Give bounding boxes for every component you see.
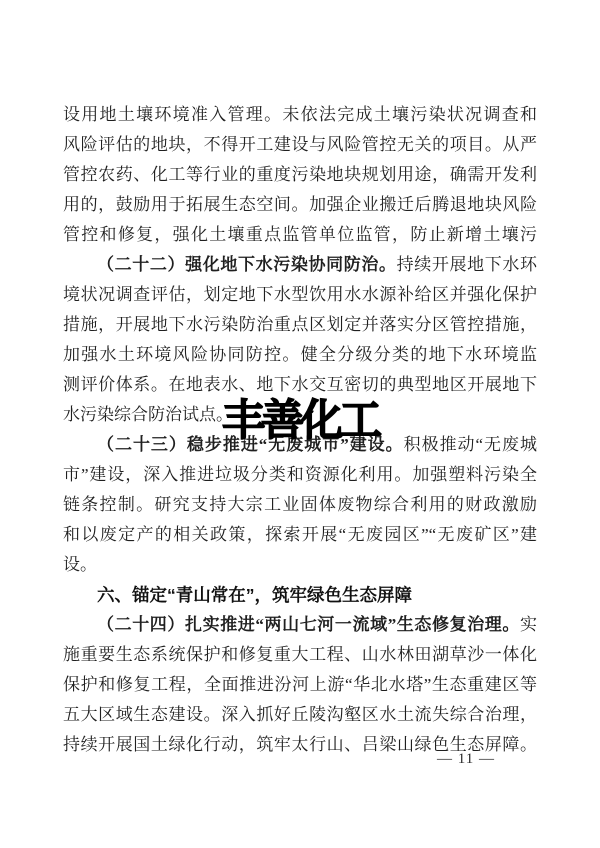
line-text: 和以废定产的相关政策，探索开展“无废园区”“无废矿区”建 xyxy=(63,525,537,544)
line-text: 风险评估的地块，不得开工建设与风险管控无关的项目。从严 xyxy=(63,135,537,154)
text-line: 和以废定产的相关政策，探索开展“无废园区”“无废矿区”建 xyxy=(63,520,537,550)
line-text: 境状况调查评估，划定地下水型饮用水水源补给区并强化保护 xyxy=(63,285,537,304)
line-text: 积极推动“无废城 xyxy=(404,435,537,454)
paragraph-end-line: 设。 xyxy=(63,550,537,580)
text-line: 管控和修复，强化土壤重点监管单位监管，防止新增土壤污染。 xyxy=(63,220,537,250)
text-line: 保护和修复工程，全面推进汾河上游“华北水塔”生态重建区等 xyxy=(63,670,537,700)
line-text: 市”建设，深入推进垃圾分类和资源化利用。加强塑料污染全 xyxy=(63,465,537,484)
text-line: 施重要生态系统保护和修复重大工程、山水林田湖草沙一体化 xyxy=(63,640,537,670)
text-line: 用的，鼓励用于拓展生态空间。加强企业搬迁后腾退地块风险 xyxy=(63,190,537,220)
text-line: 测评价体系。在地表水、地下水交互密切的典型地区开展地下 xyxy=(63,370,537,400)
line-text: 链条控制。研究支持大宗工业固体废物综合利用的财政激励 xyxy=(63,495,537,514)
line-text: 保护和修复工程，全面推进汾河上游“华北水塔”生态重建区等 xyxy=(63,675,537,694)
text-line: 风险评估的地块，不得开工建设与风险管控无关的项目。从严 xyxy=(63,130,537,160)
watermark-logo: 丰善化工 xyxy=(222,398,378,444)
paragraph-lead: （二十二）强化地下水污染协同防治。 xyxy=(97,255,397,274)
text-line: 五大区域生态建设。深入抓好丘陵沟壑区水土流失综合治理， xyxy=(63,700,537,730)
line-text: 管控和修复，强化土壤重点监管单位监管，防止新增土壤污染。 xyxy=(63,225,537,250)
document-page: 设用地土壤环境准入管理。未依法完成土壤污染状况调查和 风险评估的地块，不得开工建… xyxy=(0,0,600,848)
text-line: 加强水土环境风险协同防控。健全分级分类的地下水环境监 xyxy=(63,340,537,370)
line-text: 措施，开展地下水污染防治重点区划定并落实分区管控措施， xyxy=(63,315,537,334)
line-text: 设。 xyxy=(63,555,97,574)
text-line: 措施，开展地下水污染防治重点区划定并落实分区管控措施， xyxy=(63,310,537,340)
line-text: 管控农药、化工等行业的重度污染地块规划用途，确需开发利 xyxy=(63,165,537,184)
text-line: 市”建设，深入推进垃圾分类和资源化利用。加强塑料污染全 xyxy=(63,460,537,490)
line-text: 加强水土环境风险协同防控。健全分级分类的地下水环境监 xyxy=(63,345,537,364)
paragraph-start-line: （二十二）强化地下水污染协同防治。持续开展地下水环 xyxy=(63,250,537,280)
text-line: 境状况调查评估，划定地下水型饮用水水源补给区并强化保护 xyxy=(63,280,537,310)
text-line: 管控农药、化工等行业的重度污染地块规划用途，确需开发利 xyxy=(63,160,537,190)
section-heading: 六、锚定“青山常在”，筑牢绿色生态屏障 xyxy=(63,580,537,610)
paragraph-start-line: （二十四）扎实推进“两山七河一流域”生态修复治理。实 xyxy=(63,610,537,640)
page-number: — 11 — xyxy=(437,751,517,768)
text-line: 链条控制。研究支持大宗工业固体废物综合利用的财政激励 xyxy=(63,490,537,520)
paragraph-lead: （二十四）扎实推进“两山七河一流域”生态修复治理。 xyxy=(97,615,520,634)
line-text: 五大区域生态建设。深入抓好丘陵沟壑区水土流失综合治理， xyxy=(63,705,537,724)
line-text: 持续开展地下水环 xyxy=(397,255,537,274)
line-text: 测评价体系。在地表水、地下水交互密切的典型地区开展地下 xyxy=(63,375,537,394)
line-text: 实 xyxy=(520,615,537,634)
line-text: 用的，鼓励用于拓展生态空间。加强企业搬迁后腾退地块风险 xyxy=(63,195,537,214)
line-text: 施重要生态系统保护和修复重大工程、山水林田湖草沙一体化 xyxy=(63,645,537,664)
section-heading-text: 六、锚定“青山常在”，筑牢绿色生态屏障 xyxy=(97,585,412,605)
line-text: 水污染综合防治试点。 xyxy=(63,405,233,424)
line-text: 设用地土壤环境准入管理。未依法完成土壤污染状况调查和 xyxy=(63,105,537,124)
text-line: 设用地土壤环境准入管理。未依法完成土壤污染状况调查和 xyxy=(63,100,537,130)
